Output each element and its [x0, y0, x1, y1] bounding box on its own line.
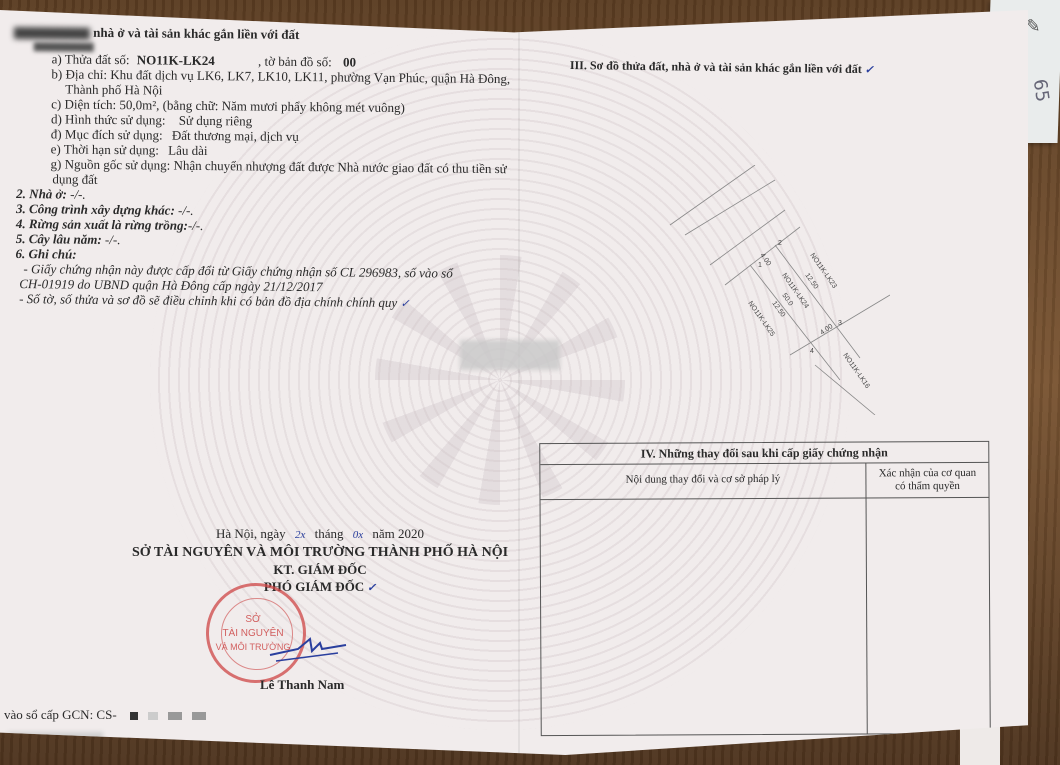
center-fold — [518, 10, 520, 755]
redacted-pixel — [130, 712, 138, 720]
svg-text:50.0: 50.0 — [780, 292, 794, 307]
handwritten-initial-icon: ✓ — [400, 298, 409, 310]
issuing-organization: SỞ TÀI NGUYÊN VÀ MÔI TRƯỜNG THÀNH PHỐ HÀ… — [120, 544, 520, 561]
signer-name: Lê Thanh Nam — [260, 677, 344, 693]
signature-icon — [268, 635, 348, 665]
svg-text:2: 2 — [778, 240, 782, 247]
svg-text:4: 4 — [810, 348, 814, 355]
redacted-title-prefix — [14, 27, 90, 40]
changes-table: IV. Những thay đổi sau khi cấp giấy chứn… — [539, 441, 991, 736]
parcel-diagram: 4.00 2 1 NO11K-LK23 12.50 NO11K-LK24 50.… — [660, 165, 890, 415]
signer-title-1: KT. GIÁM ĐỐC — [120, 561, 520, 578]
svg-text:1: 1 — [758, 262, 762, 269]
handwritten-initial-icon: ✓ — [862, 64, 874, 76]
signature-block: Hà Nội, ngày 2x tháng 0x năm 2020 SỞ TÀI… — [120, 525, 520, 597]
redacted-pixel — [192, 712, 206, 720]
official-red-stamp: SỞ TÀI NGUYÊN VÀ MÔI TRƯỜNG — [206, 583, 306, 683]
redacted-subsection — [34, 42, 94, 52]
authority-cell — [867, 498, 990, 735]
certificate-document: nhà ở và tài sản khác gắn liền với đất a… — [0, 10, 1028, 755]
change-content-cell — [541, 498, 868, 736]
svg-text:NO11K-LK25: NO11K-LK25 — [746, 300, 775, 338]
col-change-content: Nội dung thay đổi và cơ sở pháp lý — [540, 463, 866, 499]
redacted-pixel — [168, 712, 182, 720]
left-page: nhà ở và tài sản khác gắn liền với đất a… — [11, 24, 514, 313]
svg-text:12.50: 12.50 — [803, 272, 819, 290]
changes-table-title: IV. Những thay đổi sau khi cấp giấy chứn… — [540, 442, 988, 465]
handwritten-mark-icon: ✎ — [1025, 16, 1056, 54]
svg-text:3: 3 — [838, 320, 842, 327]
registry-number: vào sổ cấp GCN: CS- — [4, 707, 206, 723]
svg-text:12.50: 12.50 — [770, 300, 786, 318]
handwritten-initial-icon: ✓ — [364, 582, 376, 594]
place-date: Hà Nội, ngày 2x tháng 0x năm 2020 — [120, 525, 520, 544]
changes-table-body — [541, 498, 990, 736]
side-note-number: 65 — [1029, 77, 1053, 103]
redacted-pixel — [148, 712, 158, 720]
changes-table-header: Nội dung thay đổi và cơ sở pháp lý Xác n… — [540, 463, 988, 500]
redaction-blur — [460, 340, 560, 370]
svg-text:NO11K-LK16: NO11K-LK16 — [841, 352, 870, 390]
svg-text:4.00: 4.00 — [819, 323, 834, 337]
section-title: nhà ở và tài sản khác gắn liền với đất — [93, 25, 299, 42]
col-authority-confirmation: Xác nhận của cơ quan có thẩm quyền — [866, 463, 988, 498]
signer-title-2: PHÓ GIÁM ĐỐC ✓ — [120, 578, 520, 597]
